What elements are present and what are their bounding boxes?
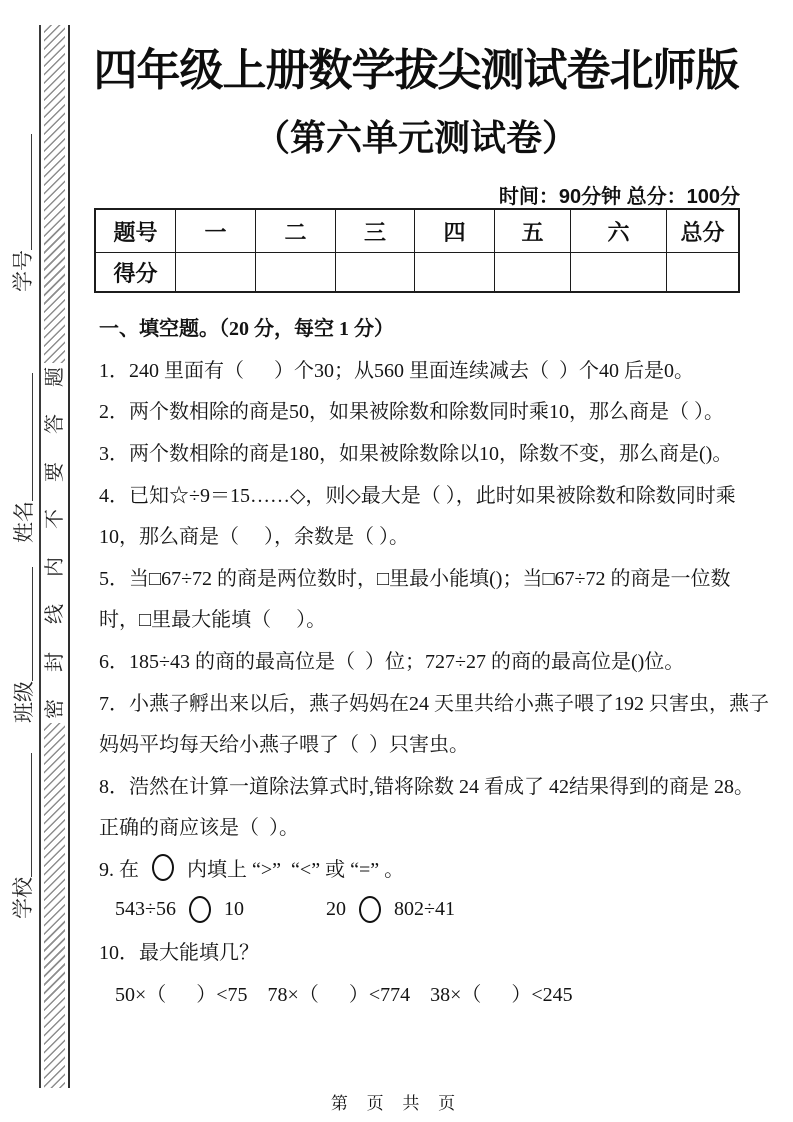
seal-char: 要 xyxy=(45,462,65,482)
exam-page: 学号 姓名 班级 学校 题 答 要 不 内 线 封 密 四年级上册数学拔尖测试卷… xyxy=(0,0,793,1122)
score-table-header-cell: 题号 xyxy=(96,210,176,253)
school-field: 学校 xyxy=(9,753,35,919)
seal-char: 封 xyxy=(45,652,65,672)
compare-2-left: 20 xyxy=(326,898,346,921)
score-cell xyxy=(336,253,415,291)
student-name-blank-line xyxy=(32,373,33,501)
seal-char: 内 xyxy=(45,557,65,577)
question-10-line-2: 50×（ ）<75 78×（ ）<774 38×（ ）<245 xyxy=(85,972,763,1014)
question-4-line-2: 10，那么商是（ ），余数是（ ）。 xyxy=(85,514,763,556)
score-table-header-cell: 四 xyxy=(415,210,495,253)
question-7-line-1: 7．小燕子孵出来以后，燕子妈妈在24 天里共给小燕子喂了192 只害虫，燕子 xyxy=(85,680,763,722)
compare-1-left: 543÷56 xyxy=(115,898,176,921)
question-10-line-1: 10．最大能填几？ xyxy=(85,930,763,972)
school-blank-line xyxy=(31,753,32,877)
circle-blank-icon xyxy=(189,896,211,923)
question-7-line-2: 妈妈平均每天给小燕子喂了（ ）只害虫。 xyxy=(85,722,763,764)
seal-char: 线 xyxy=(45,604,65,624)
school-label: 学校 xyxy=(11,877,35,919)
question-6: 6．185÷43 的商的最高位是（ ）位；727÷27 的商的最高位是()位。 xyxy=(85,639,763,681)
score-cell xyxy=(415,253,495,291)
time-and-total-score: 时间：90分钟 总分：100分 xyxy=(85,180,740,209)
page-footer: 第 页 共 页 xyxy=(0,1089,793,1114)
seal-line-text: 题 答 要 不 内 线 封 密 xyxy=(41,363,68,723)
score-table-header-cell: 总分 xyxy=(667,210,738,253)
question-8-line-1: 8．浩然在计算一道除法算式时,错将除数 24 看成了 42结果得到的商是 28。 xyxy=(85,764,763,806)
seal-line-strip: 题 答 要 不 内 线 封 密 xyxy=(39,25,70,1088)
question-9-intro-pre: 9. 在 xyxy=(99,853,139,882)
question-1: 1．240 里面有（ ）个30；从560 里面连续减去（ ）个40 后是0。 xyxy=(85,348,763,390)
student-name-field: 姓名 xyxy=(10,373,36,543)
page-subtitle: （第六单元测试卷） xyxy=(85,110,747,161)
score-table: 题号 一 二 三 四 五 六 总分 得分 xyxy=(94,208,740,293)
class-field: 班级 xyxy=(10,567,36,723)
score-cell xyxy=(256,253,336,291)
score-cell xyxy=(571,253,667,291)
seal-char: 密 xyxy=(45,699,65,719)
score-table-header-cell: 一 xyxy=(176,210,256,253)
section-heading: 一、填空题。（20 分，每空 1 分） xyxy=(85,306,763,348)
question-8-line-2: 正确的商应该是（ ）。 xyxy=(85,805,763,847)
score-cell xyxy=(667,253,738,291)
question-2: 2．两个数相除的商是50，如果被除数和除数同时乘10，那么商是（ ）。 xyxy=(85,389,763,431)
score-table-header-cell: 六 xyxy=(571,210,667,253)
class-label: 班级 xyxy=(12,681,36,723)
student-id-label: 学号 xyxy=(11,250,35,292)
question-4-line-1: 4．已知☆÷9＝15……◇，则◇最大是（ ），此时如果被除数和除数同时乘 xyxy=(85,472,763,514)
seal-char: 题 xyxy=(45,367,65,387)
question-5-line-1: 5．当□67÷72 的商是两位数时，□里最小能填()；当□67÷72 的商是一位… xyxy=(85,556,763,598)
question-3: 3．两个数相除的商是180，如果被除数除以10，除数不变，那么商是()。 xyxy=(85,431,763,473)
score-table-header-cell: 三 xyxy=(336,210,415,253)
student-name-label: 姓名 xyxy=(12,501,36,543)
student-id-blank-line xyxy=(31,134,32,250)
circle-blank-icon xyxy=(152,854,174,881)
score-row-label: 得分 xyxy=(96,253,176,291)
question-5-line-2: 时，□里最大能填（ ）。 xyxy=(85,597,763,639)
seal-char: 答 xyxy=(45,414,65,434)
score-table-header-cell: 五 xyxy=(495,210,571,253)
seal-char: 不 xyxy=(45,509,65,529)
seal-hatch-top xyxy=(44,25,65,363)
student-id-field: 学号 xyxy=(9,134,35,292)
compare-2-right: 802÷41 xyxy=(394,898,455,921)
score-table-header-cell: 二 xyxy=(256,210,336,253)
question-9-intro: 9. 在 内填上 “>” “<” 或 “=” 。 xyxy=(85,847,763,889)
circle-blank-icon xyxy=(359,896,381,923)
seal-hatch-bottom xyxy=(44,723,65,1088)
question-9-intro-post: 内填上 “>” “<” 或 “=” 。 xyxy=(187,853,404,882)
score-cell xyxy=(495,253,571,291)
class-blank-line xyxy=(32,567,33,681)
page-title: 四年级上册数学拔尖测试卷北师版 xyxy=(85,34,747,98)
fill-in-blank-section: 一、填空题。（20 分，每空 1 分） 1．240 里面有（ ）个30；从560… xyxy=(85,306,763,1013)
question-9-comparisons: 543÷56 10 20 802÷41 xyxy=(85,888,763,930)
compare-1-right: 10 xyxy=(224,898,244,921)
score-cell xyxy=(176,253,256,291)
